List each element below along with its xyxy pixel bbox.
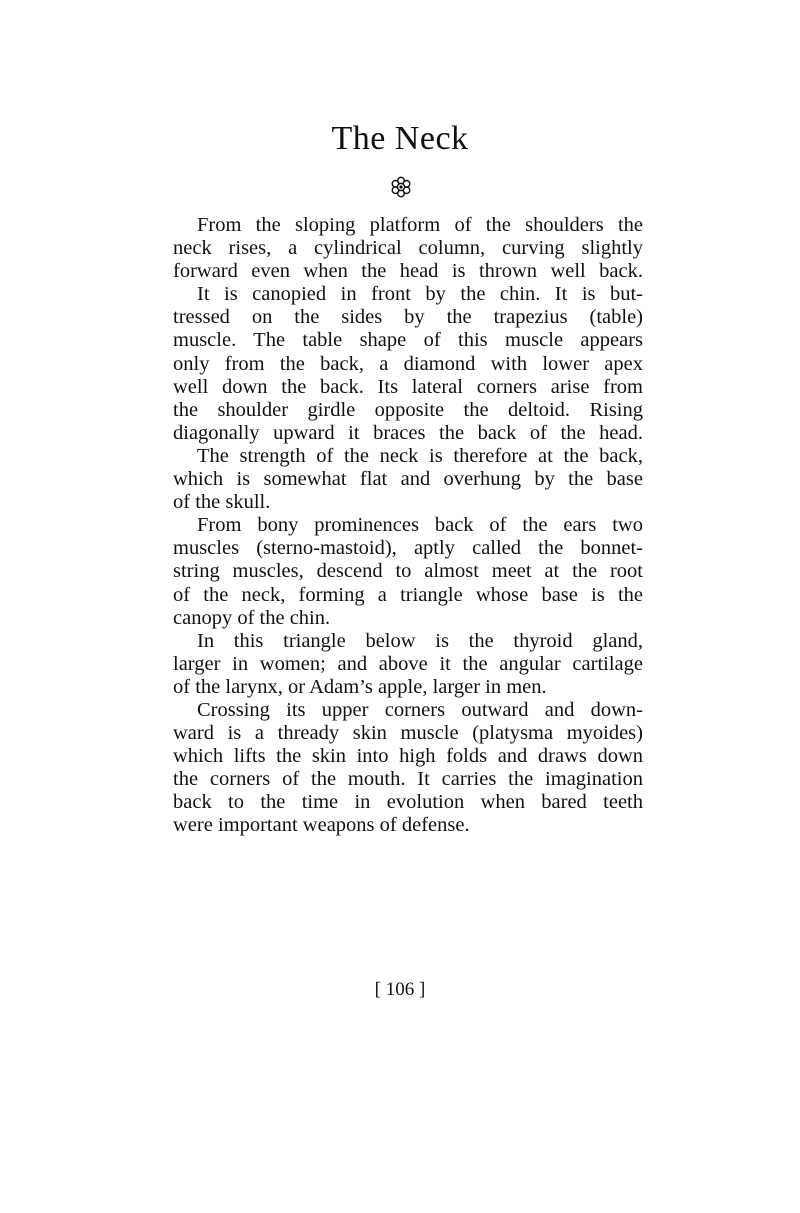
body-text: From the sloping platform of the shoulde… [173, 214, 643, 838]
text-line: It is canopied in front by the chin. It … [173, 283, 643, 306]
text-line: larger in women; and above it the angula… [173, 653, 643, 676]
text-line: diagonally upward it braces the back of … [173, 422, 643, 445]
text-line: From the sloping platform of the shoulde… [173, 214, 643, 237]
text-line: of the skull. [173, 491, 643, 514]
paragraph: In this triangle below is the thyroid gl… [173, 630, 643, 699]
paragraph: Crossing its upper corners outward and d… [173, 699, 643, 838]
text-line: which lifts the skin into high folds and… [173, 745, 643, 768]
text-line: string muscles, descend to almost meet a… [173, 560, 643, 583]
page-number: [ 106 ] [0, 978, 800, 1002]
text-line: canopy of the chin. [173, 607, 643, 630]
text-line: neck rises, a cylindrical column, curvin… [173, 237, 643, 260]
paragraph: From bony prominences back of the ears t… [173, 514, 643, 629]
text-line: Crossing its upper corners outward and d… [173, 699, 643, 722]
paragraph: It is canopied in front by the chin. It … [173, 283, 643, 445]
text-line: the shoulder girdle opposite the deltoid… [173, 399, 643, 422]
paragraph: From the sloping platform of the shoulde… [173, 214, 643, 283]
text-line: tressed on the sides by the trapezius (t… [173, 306, 643, 329]
text-line: of the larynx, or Adam’s apple, larger i… [173, 676, 643, 699]
text-line: muscles (sterno-mastoid), aptly called t… [173, 537, 643, 560]
text-line: which is somewhat flat and overhung by t… [173, 468, 643, 491]
page-title: The Neck [0, 119, 800, 159]
text-line: were important weapons of defense. [173, 814, 643, 837]
text-line: muscle. The table shape of this muscle a… [173, 329, 643, 352]
text-line: the corners of the mouth. It carries the… [173, 768, 643, 791]
flower-ornament-icon [390, 176, 412, 198]
text-line: forward even when the head is thrown wel… [173, 260, 643, 283]
paragraph: The strength of the neck is therefore at… [173, 445, 643, 514]
text-line: From bony prominences back of the ears t… [173, 514, 643, 537]
text-line: of the neck, forming a triangle whose ba… [173, 584, 643, 607]
text-line: well down the back. Its lateral corners … [173, 376, 643, 399]
text-line: The strength of the neck is therefore at… [173, 445, 643, 468]
text-line: back to the time in evolution when bared… [173, 791, 643, 814]
text-line: In this triangle below is the thyroid gl… [173, 630, 643, 653]
text-line: only from the back, a diamond with lower… [173, 353, 643, 376]
text-line: ward is a thready skin muscle (platysma … [173, 722, 643, 745]
